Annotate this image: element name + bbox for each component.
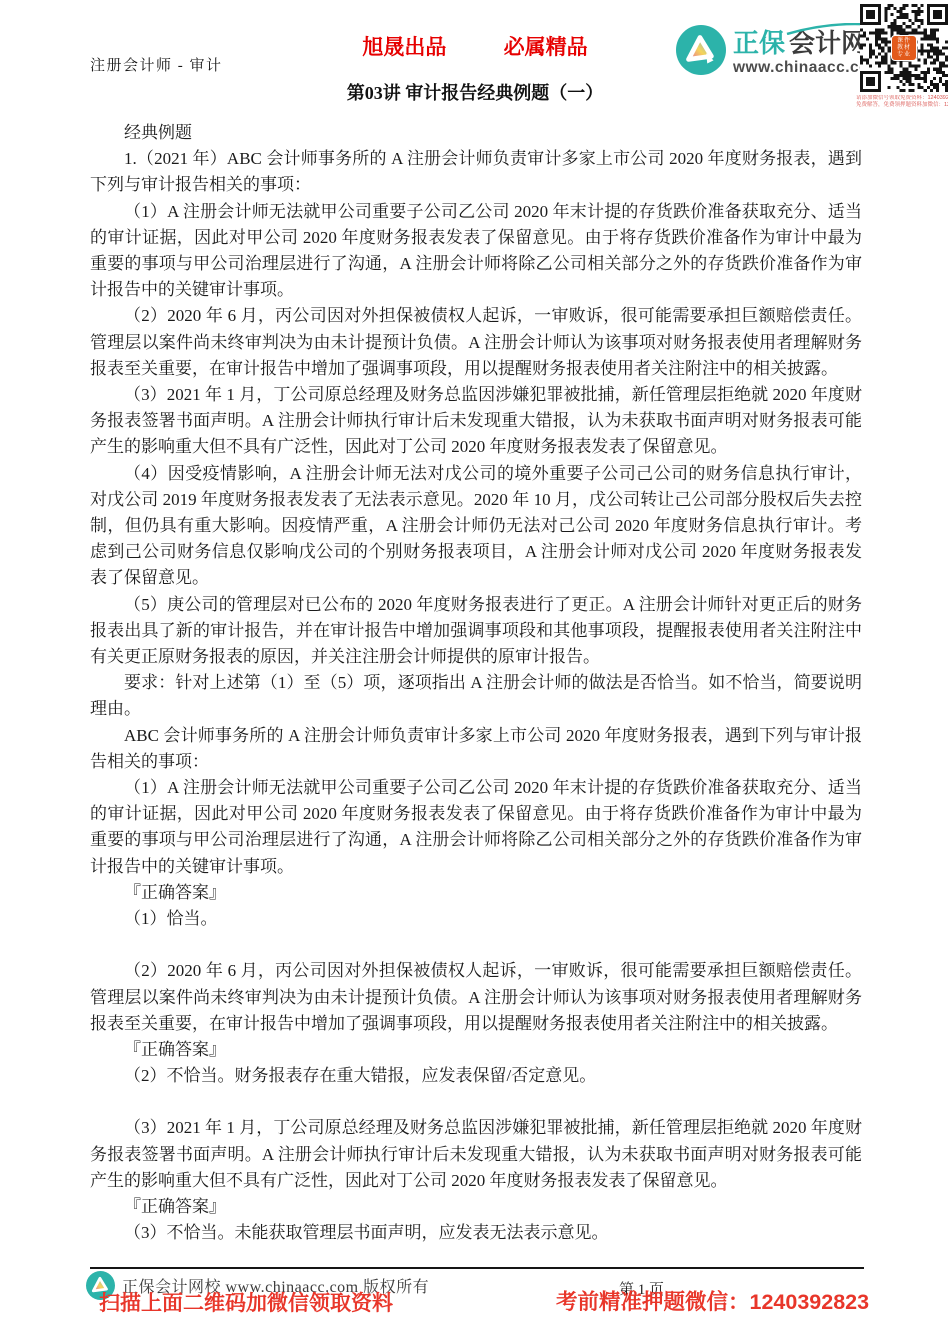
paragraph: （3）不恰当。未能获取管理层书面声明，应发表无法表示意见。 <box>90 1220 862 1246</box>
paragraph: 经典例题 <box>90 120 862 146</box>
paragraph: （3）2021 年 1 月，丁公司原总经理及财务总监因涉嫌犯罪被批捕，新任管理层… <box>90 1115 862 1194</box>
paragraph: 『正确答案』 <box>90 1037 862 1063</box>
paragraph: ABC 会计师事务所的 A 注册会计师负责审计多家上市公司 2020 年度财务报… <box>90 723 862 775</box>
paragraph: （1）恰当。 <box>90 906 862 932</box>
brand-logo-icon <box>676 25 726 75</box>
brand-name-primary: 正保 <box>733 29 785 58</box>
paragraph: 要求：针对上述第（1）至（5）项，逐项指出 A 注册会计师的做法是否恰当。如不恰… <box>90 670 862 722</box>
document-page: 注册会计师 - 审计 旭晟出品 必属精品 <box>0 0 950 1344</box>
promo-left: 旭晟出品 <box>362 35 446 59</box>
paragraph: （2）2020 年 6 月，丙公司因对外担保被债权人起诉，一审败诉，很可能需要承… <box>90 958 862 1037</box>
qr-center-badge: 课件 教材 专业 <box>891 35 917 61</box>
qr-badge-line: 专业 <box>897 52 911 59</box>
wechat-number: 1240392823 <box>750 1290 870 1314</box>
page-title: 第03讲 审计报告经典例题（一） <box>0 79 950 105</box>
paragraph: 『正确答案』 <box>90 880 862 906</box>
paragraph: （5）庚公司的管理层对已公布的 2020 年度财务报表进行了更正。A 注册会计师… <box>90 592 862 671</box>
paragraph: 『正确答案』 <box>90 1194 862 1220</box>
paragraph: （2）2020 年 6 月，丙公司因对外担保被债权人起诉，一审败诉，很可能需要承… <box>90 303 862 382</box>
paragraph: （1）A 注册会计师无法就甲公司重要子公司乙公司 2020 年末计提的存货跌价准… <box>90 775 862 880</box>
document-body: 经典例题1.（2021 年）ABC 会计师事务所的 A 注册会计师负责审计多家上… <box>90 120 862 1246</box>
wechat-label: 考前精准押题微信： <box>556 1290 750 1314</box>
footer-divider <box>90 1267 864 1269</box>
blank-line <box>90 932 862 958</box>
scan-tip-stamp: 扫描上面二维码加微信领取资料 <box>99 1287 393 1317</box>
paragraph: （3）2021 年 1 月，丁公司原总经理及财务总监因涉嫌犯罪被批捕，新任管理层… <box>90 382 862 461</box>
blank-line <box>90 1089 862 1115</box>
qr-badge-line: 课件 <box>897 38 911 45</box>
qr-badge-line: 教材 <box>897 45 911 52</box>
promo-right: 必属精品 <box>504 35 588 59</box>
paragraph: （2）不恰当。财务报表存在重大错报，应发表保留/否定意见。 <box>90 1063 862 1089</box>
paragraph: 1.（2021 年）ABC 会计师事务所的 A 注册会计师负责审计多家上市公司 … <box>90 146 862 198</box>
paragraph: （4）因受疫情影响，A 注册会计师无法对戊公司的境外重要子公司己公司的财务信息执… <box>90 461 862 592</box>
paragraph: （1）A 注册会计师无法就甲公司重要子公司乙公司 2020 年末计提的存货跌价准… <box>90 199 862 304</box>
paragraph-list: 经典例题1.（2021 年）ABC 会计师事务所的 A 注册会计师负责审计多家上… <box>90 120 862 1246</box>
wechat-tip-stamp: 考前精准押题微信：1240392823 <box>556 1285 869 1316</box>
